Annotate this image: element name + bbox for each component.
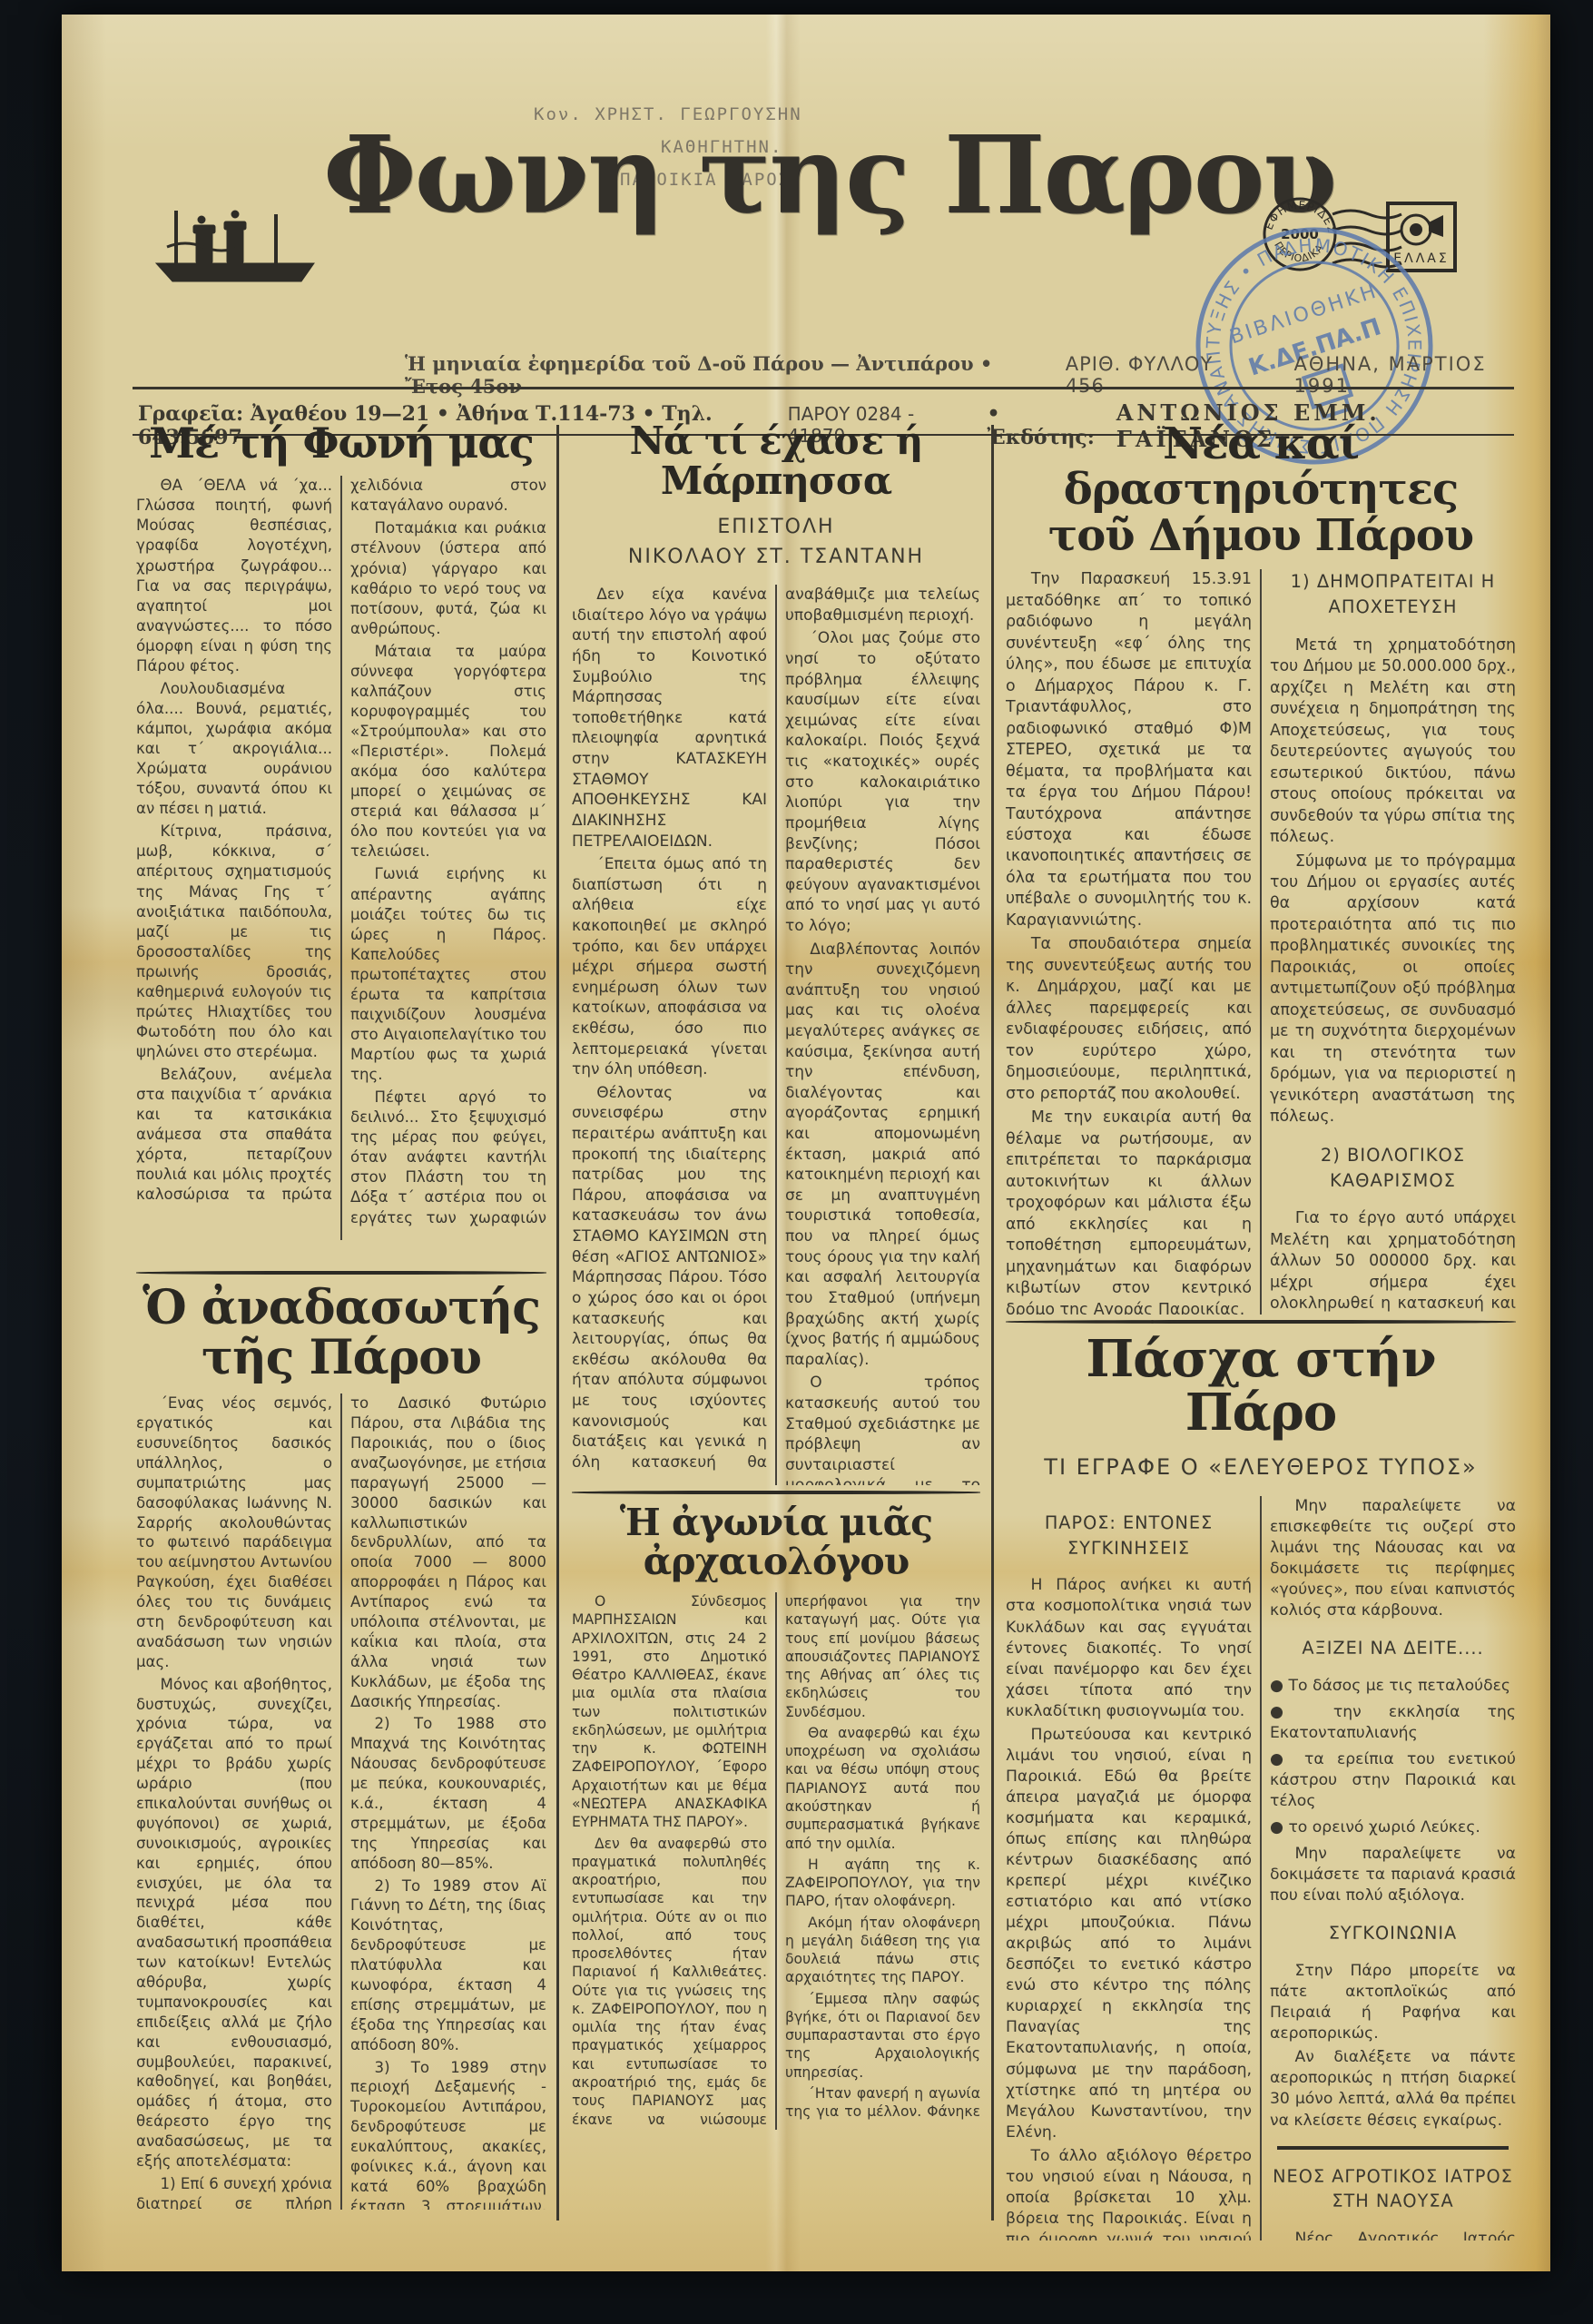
body-paragraph: [1277, 2146, 1509, 2150]
body-paragraph: ΠΑΡΟΣ: ΕΝΤΟΝΕΣ ΣΥΓΚΙΝΗΣΕΙΣ: [1006, 1511, 1252, 1561]
body-paragraph: Δεν είχα κανένα ιδιαίτερο λόγο να γράψω …: [572, 585, 767, 852]
body-paragraph: Ποταμάκια και ρυάκια στέλνουν (ύστερα απ…: [350, 518, 546, 638]
body-paragraph: Πρωτεύουσα και κεντρικό λιμάνι του νησιο…: [1006, 1725, 1252, 2143]
body-paragraph: ΘΑ ΄ΘΕΛΑ νά ΄χα... Γλώσσα ποιητή, φωνή Μ…: [136, 476, 332, 676]
newspaper-subtitle: Ἡ μηνιαία ἐφημερίδα τοῦ Δ-οῦ Πάρου — Ἀντ…: [405, 352, 1011, 398]
body-paragraph: Μετά τη χρηματοδότηση του Δήμου με 50.00…: [1270, 635, 1516, 849]
article-municipality-headline: Νέα καί δραστηριότητες τοῦ Δήμου Πάρου: [1006, 421, 1516, 558]
article-archaeologist-headline: Ἡ ἀγωνία μιᾶς ἀρχαιολόγου: [572, 1503, 980, 1581]
article-archaeologist-body: Ο Σύνδεσμος ΜΑΡΠΗΣΣΑΙΩΝ και ΑΡΧΙΛΟΧΙΤΩΝ,…: [572, 1592, 980, 2130]
body-paragraph: Σύμφωνα με το πρόγραμμα του Δήμου οι εργ…: [1270, 852, 1516, 1128]
body-paragraph: 1) ΔΗΜΟΠΡΑΤΕΙΤΑΙ Η ΑΠΟΧΕΤΕΥΣΗ: [1270, 569, 1516, 621]
body-paragraph: 2) Το 1989 στον Αϊ Γιάννη το Δέτη, της ί…: [350, 1876, 546, 2055]
masthead-info-row: Ἡ μηνιαία ἐφημερίδα τοῦ Δ-οῦ Πάρου — Ἀντ…: [133, 352, 1512, 398]
scanned-newspaper-page: { "masthead": { "note_line1": "Κον. ΧΡΗΣ…: [0, 0, 1593, 2324]
newspaper-sheet: Κον. ΧΡΗΣΤ. ΓΕΩΡΓΟΥΣΗΝ ΚΑΘΗΓΗΤΗΝ. ΠΑΡΟΙΚ…: [62, 15, 1550, 2271]
body-paragraph: Αν διαλέξετε να πάντε αεροπορικώς η πτήσ…: [1270, 2047, 1516, 2131]
body-paragraph: ΄Ολοι μας ζούμε στο νησί το οξύτατο πρόβ…: [785, 628, 980, 936]
article-reforester-headline: Ὁ ἀναδασωτής τῆς Πάρου: [136, 1284, 546, 1383]
newspaper-title: Φωνη της Παρου: [323, 122, 1276, 229]
body-paragraph: Ακόμη ήταν ολοφάνερη η μεγάλη διάθεση τη…: [785, 1914, 980, 1987]
body-paragraph: ΑΞΙΖΕΙ ΝΑ ΔΕΙΤΕ....: [1270, 1636, 1516, 1661]
body-paragraph: ΄Επειτα όμως από τη διαπίστωση ότι η αλή…: [572, 854, 767, 1080]
body-paragraph: Μην παραλείψετε να επισκεφθείτε τις ουζε…: [1270, 1496, 1516, 1621]
body-paragraph: 2) Το 1988 στο Μπαχνά της Κοινότητας Νάο…: [350, 1714, 546, 1873]
body-paragraph: Την Παρασκευή 15.3.91 μεταδόθηκε απ΄ το …: [1006, 569, 1252, 931]
body-paragraph: Τα σπουδαιότερα σημεία της συνεντεύξεως …: [1006, 934, 1252, 1105]
body-paragraph: Το άλλο αξιόλογο θέρετρο του νησιού είνα…: [1006, 2146, 1252, 2240]
masthead-rule: [133, 387, 1514, 389]
body-paragraph: ΄Ενας νέος σεμνός, εργατικός και ευσυνεί…: [136, 1393, 332, 1671]
body-paragraph: Μην παραλείψετε να δοκιμάσετε τα παριανά…: [1270, 1844, 1516, 1906]
article-easter-body: ΠΑΡΟΣ: ΕΝΤΟΝΕΣ ΣΥΓΚΙΝΗΣΕΙΣΗ Πάρος ανήκει…: [1006, 1496, 1516, 2240]
body-paragraph: Κίτρινα, πράσινα, μωβ, κόκκινα, σ΄ απέρι…: [136, 822, 332, 1062]
body-paragraph: Λουλουδιασμένα όλα.... Βουνά, ρεματιές, …: [136, 679, 332, 819]
article-easter-headline: Πάσχα στήν Πάρο: [1006, 1333, 1516, 1440]
article-archaeologist: Ἡ ἀγωνία μιᾶς ἀρχαιολόγου Ο Σύνδεσμος ΜΑ…: [572, 1503, 980, 2130]
column-separator: [556, 425, 559, 2221]
body-paragraph: Μόνος και αβοήθητος, δυστυχώς, συνεχίζει…: [136, 1675, 332, 2171]
article-easter: Πάσχα στήν Πάρο ΤΙ ΕΓΡΑΦΕ Ο «ΕΛΕΥΘΕΡΟΣ Τ…: [1006, 1333, 1516, 2240]
article-municipality: Νέα καί δραστηριότητες τοῦ Δήμου Πάρου Τ…: [1006, 421, 1516, 1315]
steamship-logo-icon: [149, 192, 321, 292]
body-paragraph: Με την ευκαιρία αυτή θα θέλαμε να ρωτήσο…: [1006, 1108, 1252, 1315]
body-paragraph: Θα αναφερθώ και έχω υποχρέωση να σχολιάσ…: [785, 1724, 980, 1853]
body-paragraph: ● τα ερείπια του ενετικού κάστρου στην Π…: [1270, 1749, 1516, 1812]
place-and-date: ΑΘΗΝΑ, ΜΑΡΤΙΟΣ 1991: [1294, 353, 1512, 397]
body-paragraph: ● το ορεινό χωριό Λεύκες.: [1270, 1817, 1516, 1838]
column-separator: [991, 425, 994, 2221]
article-voice: Μέ τή Φωνή μας ΘΑ ΄ΘΕΛΑ νά ΄χα... Γλώσσα…: [136, 421, 546, 1264]
section-divider: [1006, 1320, 1516, 1324]
article-voice-body: ΘΑ ΄ΘΕΛΑ νά ΄χα... Γλώσσα ποιητή, φωνή Μ…: [136, 476, 546, 1240]
article-marpissa: Νά τί έχασε ή Μάρπησσα ΕΠΙΣΤΟΛΗ ΝΙΚΟΛΑΟΥ…: [572, 421, 980, 1485]
body-paragraph: Η αγάπη της κ. ΖΑΦΕΙΡΟΠΟΥΛΟΥ, για την ΠΑ…: [785, 1856, 980, 1911]
body-paragraph: Η Πάρος ανήκει κι αυτή στα κοσμοπολίτικα…: [1006, 1575, 1252, 1721]
body-paragraph: Μάταια τα μαύρα σύννεφα γοργόφτερα καλπά…: [350, 642, 546, 862]
body-paragraph: ΝΕΟΣ ΑΓΡΟΤΙΚΟΣ ΙΑΤΡΟΣ ΣΤΗ ΝΑΟΥΣΑ: [1270, 2164, 1516, 2215]
article-voice-headline: Μέ τή Φωνή μας: [136, 421, 546, 465]
issue-number: ΑΡΙΘ. ΦΥΛΛΟΥ 456: [1066, 353, 1231, 397]
body-paragraph: ΣΥΓΚΟΙΝΩΝΙΑ: [1270, 1921, 1516, 1946]
body-paragraph: ● Το δάσος με τις πεταλούδες: [1270, 1676, 1516, 1697]
article-marpissa-byline: ΕΠΙΣΤΟΛΗ ΝΙΚΟΛΑΟΥ ΣΤ. ΤΣΑΝΤΑΝΗ: [572, 512, 980, 572]
section-divider: [136, 1271, 546, 1275]
body-paragraph: ● την εκκλησία της Εκατονταπυλιανής: [1270, 1702, 1516, 1744]
body-paragraph: ΄Εμμεσα πλην σαφώς βγήκε, ότι οι Παριανο…: [785, 1990, 980, 2082]
section-divider: [572, 1491, 980, 1494]
body-paragraph: 2) ΒΙΟΛΟΓΙΚΟΣ ΚΑΘΑΡΙΣΜΟΣ: [1270, 1143, 1516, 1195]
body-paragraph: Γωνιά ειρήνης κι απέραντης αγάπης μοιάζε…: [350, 864, 546, 1085]
article-marpissa-body: Δεν είχα κανένα ιδιαίτερο λόγο να γράψω …: [572, 585, 980, 1485]
body-paragraph: Διαβλέποντας λοιπόν την συνεχιζόμενη ανά…: [785, 940, 980, 1371]
article-easter-subhead: ΤΙ ΕΓΡΑΦΕ Ο «ΕΛΕΥΘΕΡΟΣ ΤΥΠΟΣ»: [1006, 1451, 1516, 1483]
article-marpissa-headline: Νά τί έχασε ή Μάρπησσα: [572, 421, 980, 501]
body-paragraph: Στην Πάρο μπορείτε να πάτε ακτοπλοϊκώς α…: [1270, 1961, 1516, 2044]
article-reforester: Ὁ ἀναδασωτής τῆς Πάρου ΄Ενας νέος σεμνός…: [136, 1284, 546, 2210]
article-municipality-body: Την Παρασκευή 15.3.91 μεταδόθηκε απ΄ το …: [1006, 569, 1516, 1315]
article-reforester-body: ΄Ενας νέος σεμνός, εργατικός και ευσυνεί…: [136, 1393, 546, 2210]
body-paragraph: Ο Σύνδεσμος ΜΑΡΠΗΣΣΑΙΩΝ και ΑΡΧΙΛΟΧΙΤΩΝ,…: [572, 1592, 767, 1831]
